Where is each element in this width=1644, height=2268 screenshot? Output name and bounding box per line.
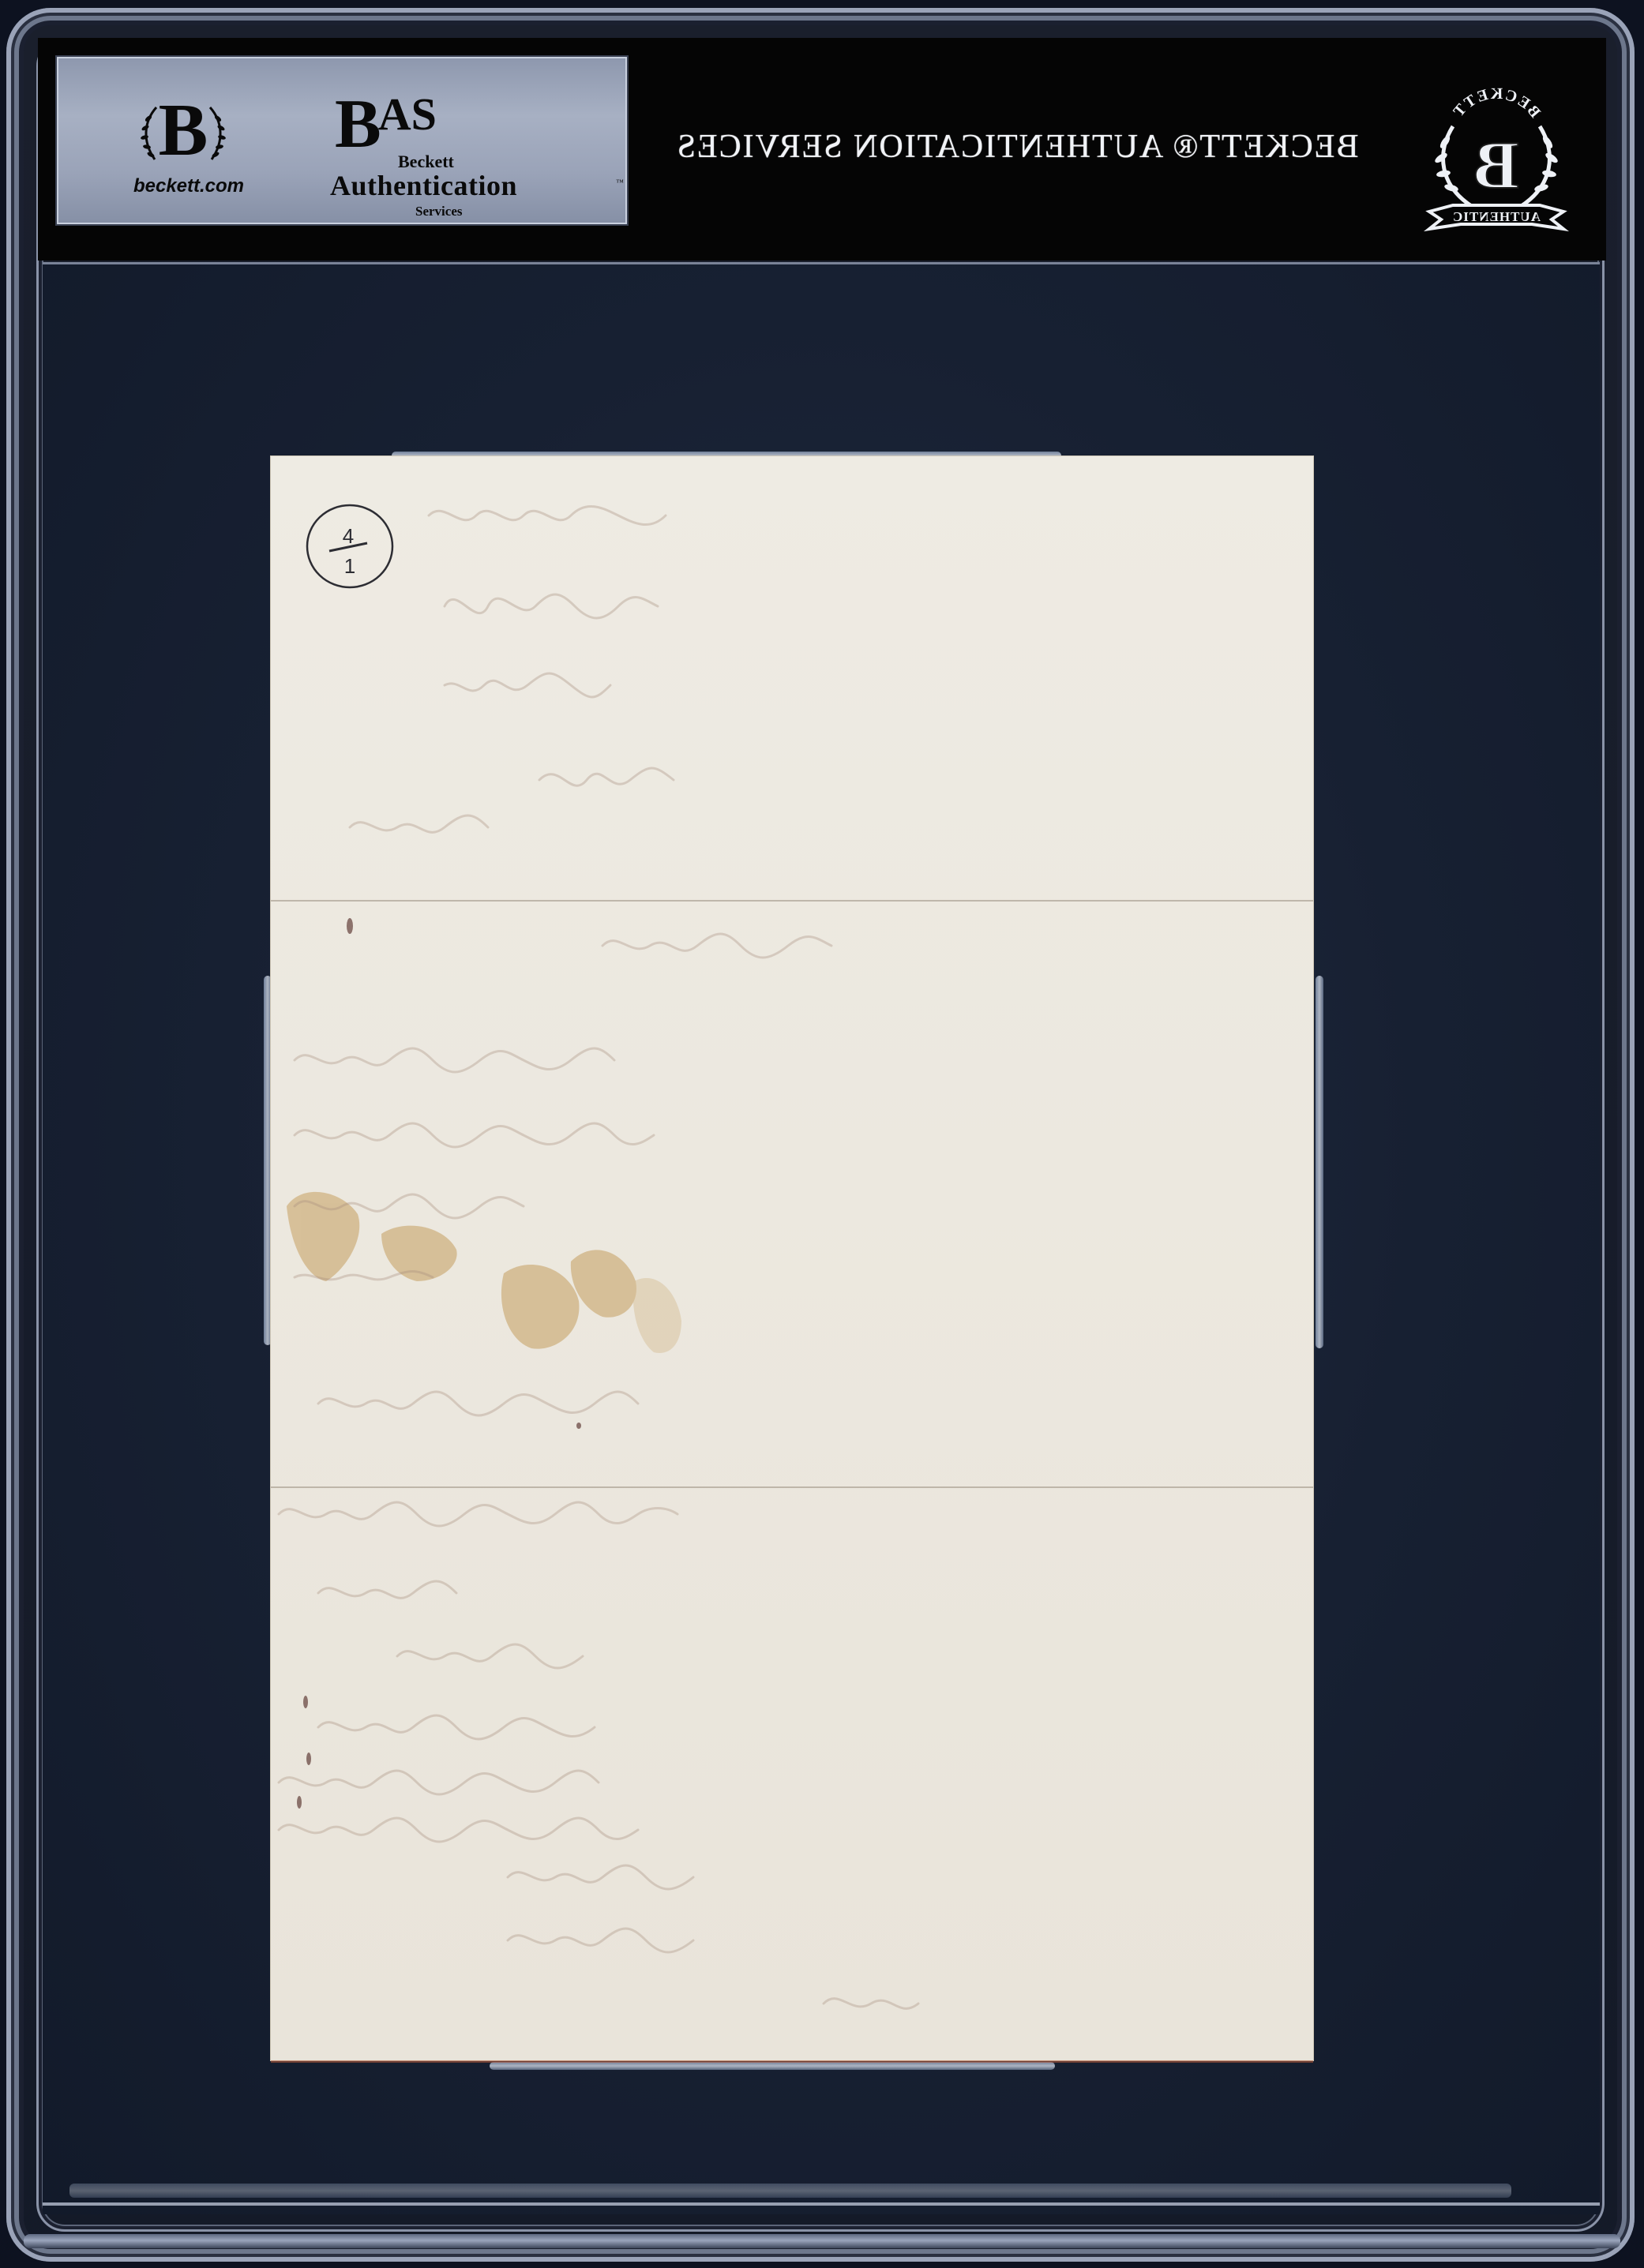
ink-bleed-through xyxy=(271,456,1313,2060)
hologram-label: B beckett.com BAS Beckett Authentication… xyxy=(57,57,627,224)
slab-bottom-rail xyxy=(24,2234,1620,2248)
holder-clip-bottom xyxy=(490,2062,1055,2070)
slab-bottom-bar xyxy=(69,2184,1511,2198)
svg-text:AUTHENTIC: AUTHENTIC xyxy=(1452,209,1541,224)
holder-clip-right xyxy=(1316,976,1323,1348)
website-text: beckett.com xyxy=(106,175,272,197)
mirrored-header-text: BECKETT® AUTHENTICATION SERVICES xyxy=(646,128,1388,166)
display-bottom-edge xyxy=(43,2202,1600,2206)
bas-mark: BAS xyxy=(335,90,437,159)
letter-paper: 4 1 xyxy=(271,456,1313,2060)
trademark: ™ xyxy=(616,178,624,187)
brand-sub: Services xyxy=(415,204,462,219)
svg-text:B: B xyxy=(1473,127,1518,203)
svg-text:BECKETT: BECKETT xyxy=(1449,85,1544,122)
beckett-b-logo: B xyxy=(120,90,246,185)
beckett-authentic-seal-icon: BECKETT B AUTHENTIC xyxy=(1421,79,1571,237)
laurel-icon xyxy=(204,106,227,161)
brand-main: Authentication xyxy=(330,169,517,202)
logo-letter: B xyxy=(159,93,208,167)
